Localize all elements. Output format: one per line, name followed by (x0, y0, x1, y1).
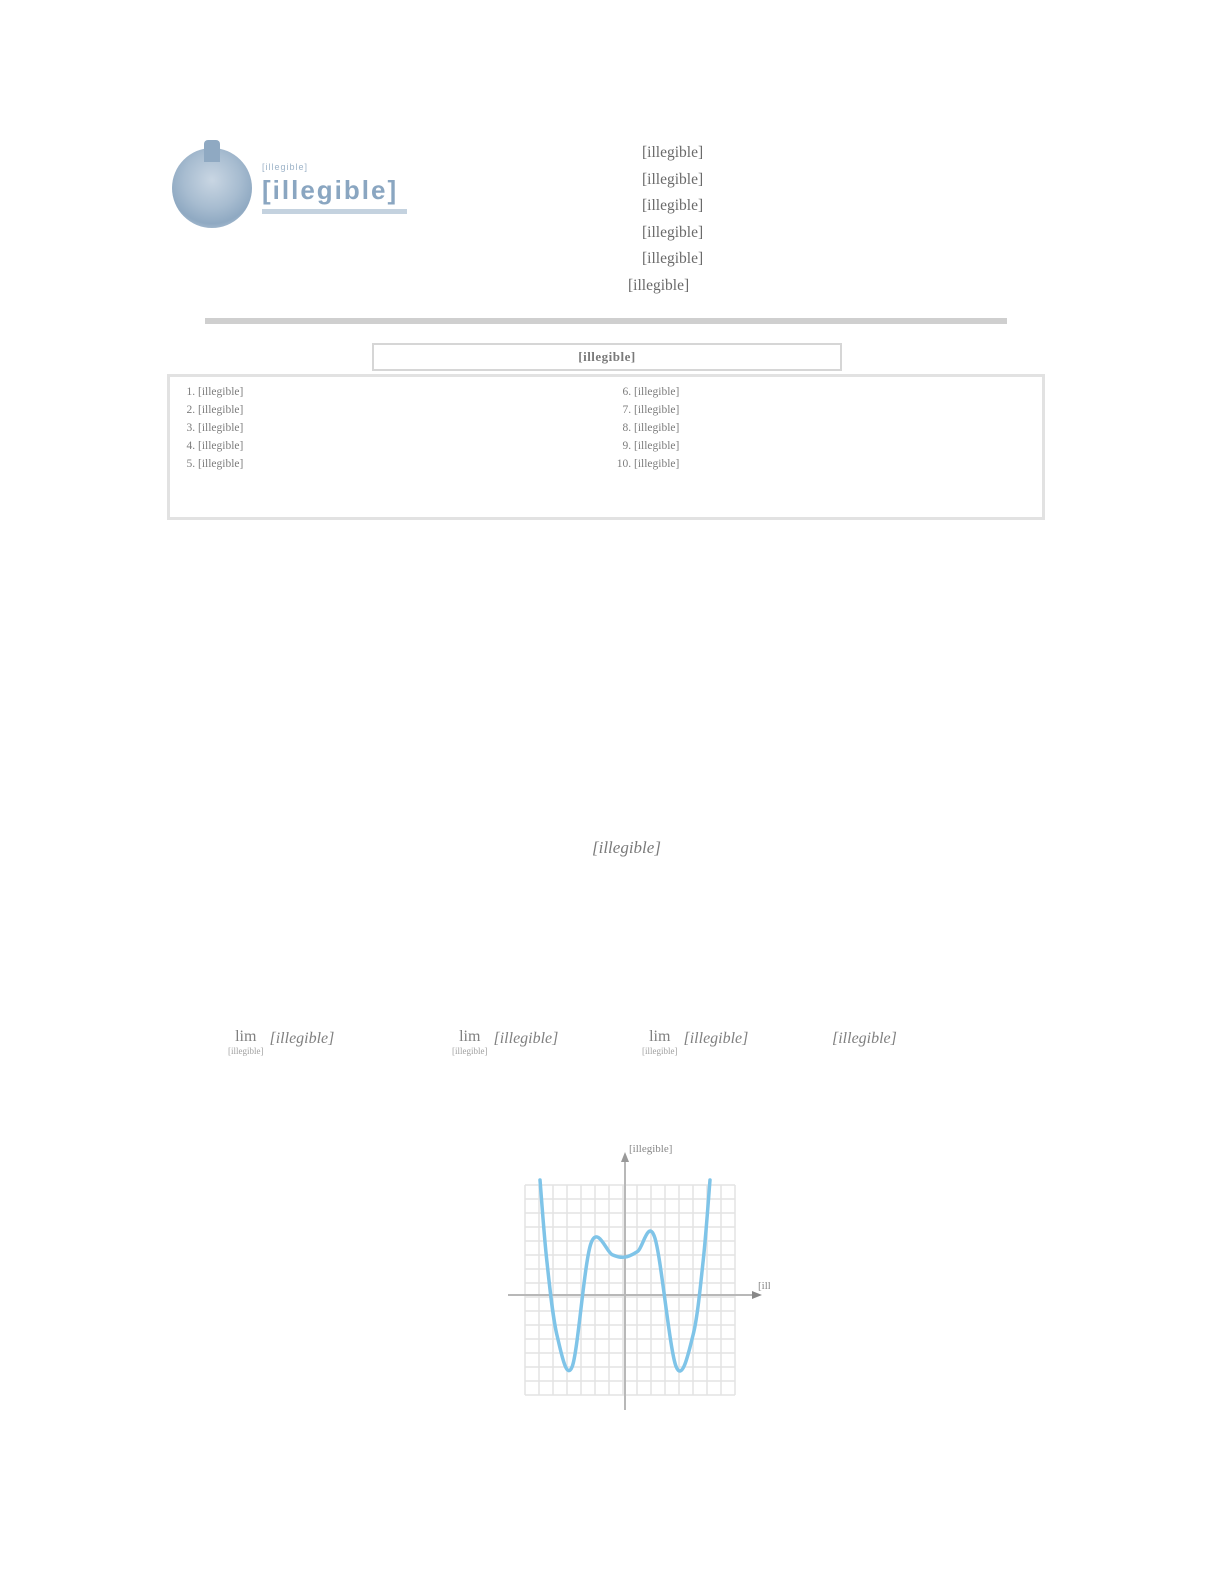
function-value-item: [illegible] (832, 1030, 897, 1048)
instructions-right-column: [illegible] [illegible] [illegible] [ill… (606, 377, 1042, 517)
instruction-item: [illegible] (634, 421, 1030, 436)
instruction-item: [illegible] (634, 385, 1030, 400)
instructions-box: [illegible] [illegible] [illegible] [ill… (167, 374, 1045, 520)
lim-label: lim (459, 1030, 480, 1044)
instruction-item: [illegible] (634, 403, 1030, 418)
header-line: [illegible] (628, 246, 1048, 273)
header-divider (205, 318, 1007, 324)
header-line: [illegible] (628, 220, 1048, 247)
instruction-item: [illegible] (198, 439, 594, 454)
x-axis-label: [illegible] (758, 1280, 770, 1292)
instruction-item: [illegible] (634, 439, 1030, 454)
instruction-item: [illegible] (198, 403, 594, 418)
limit-expression: lim[illegible] [illegible] (452, 1030, 558, 1058)
header-line: [illegible] (628, 193, 1048, 220)
header-line: [illegible] (628, 167, 1048, 194)
instructions-left-column: [illegible] [illegible] [illegible] [ill… (170, 377, 606, 517)
lim-function: [illegible] (270, 1030, 335, 1048)
header-line: [illegible] (628, 273, 1048, 300)
instruction-item: [illegible] (198, 385, 594, 400)
function-graph: [illegible][illegible] (500, 1140, 770, 1420)
lim-label: lim (235, 1030, 256, 1044)
lim-label: lim (649, 1030, 670, 1044)
instruction-item: [illegible] (198, 421, 594, 436)
header-line: [illegible] (628, 140, 1048, 167)
logo-text: [illegible] [illegible] (262, 162, 407, 214)
equation: [illegible] (592, 838, 661, 858)
university-logo: [illegible] [illegible] (172, 145, 417, 230)
logo-underline (262, 209, 407, 214)
lim-subscript: [illegible] (228, 1044, 264, 1058)
exam-header-info: [illegible] [illegible] [illegible] [ill… (628, 140, 1048, 299)
lim-function: [illegible] (684, 1030, 749, 1048)
limit-expression: lim[illegible] [illegible] (228, 1030, 334, 1058)
instruction-item: [illegible] (198, 457, 594, 472)
instruction-item: [illegible] (634, 457, 1030, 472)
lim-subscript: [illegible] (452, 1044, 488, 1058)
lim-function: [illegible] (494, 1030, 559, 1048)
graph-canvas: [illegible][illegible] (500, 1140, 770, 1420)
instructions-title: [illegible] (372, 343, 842, 371)
university-seal-icon (172, 148, 252, 228)
lim-subscript: [illegible] (642, 1044, 678, 1058)
y-axis-label: [illegible] (629, 1143, 672, 1155)
logo-tagline: [illegible] (262, 162, 407, 172)
logo-name: [illegible] (262, 175, 407, 206)
limit-expression: lim[illegible] [illegible] (642, 1030, 748, 1058)
